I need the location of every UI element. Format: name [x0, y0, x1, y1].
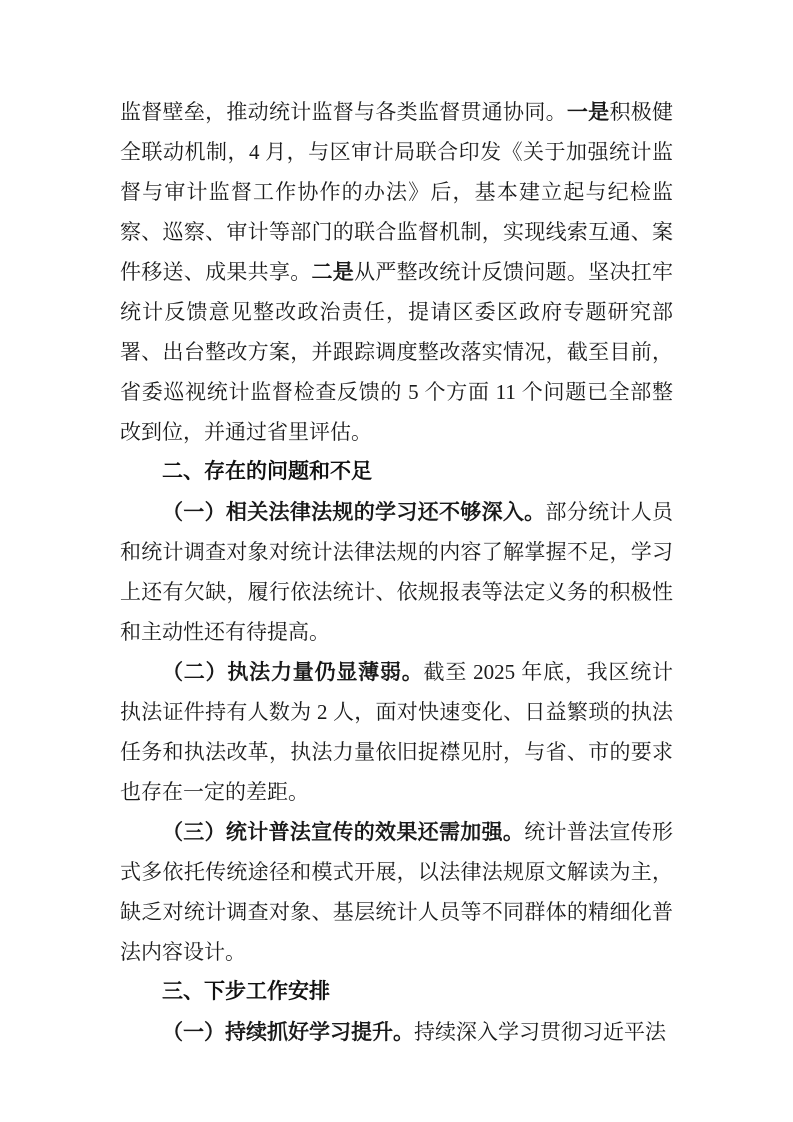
section-heading: 三、下步工作安排: [120, 972, 673, 1012]
emphasis-run: （三）统计普法宣传的效果还需加强。: [162, 820, 524, 844]
text-run: 从严整改统计反馈问题。坚决扛牢统计反馈意见整改政治责任，提请区委区政府专题研究部…: [120, 260, 673, 444]
paragraph: （三）统计普法宣传的效果还需加强。统计普法宣传形式多依托传统途径和模式开展，以法…: [120, 812, 673, 972]
paragraph: 监督壁垒，推动统计监督与各类监督贯通协同。一是积极健全联动机制，4 月，与区审计…: [120, 92, 673, 452]
text-run: 积极健全联动机制，4 月，与区审计局联合印发《关于加强统计监督与审计监督工作协作…: [120, 100, 673, 284]
emphasis-run: （二）执法力量仍显薄弱。: [162, 660, 424, 684]
document-body: 监督壁垒，推动统计监督与各类监督贯通协同。一是积极健全联动机制，4 月，与区审计…: [120, 92, 673, 1052]
paragraph: （二）执法力量仍显薄弱。截至 2025 年底，我区统计执法证件持有人数为 2 人…: [120, 652, 673, 812]
text-run: 监督壁垒，推动统计监督与各类监督贯通协同。: [120, 100, 567, 124]
emphasis-run: （一）相关法律法规的学习还不够深入。: [162, 500, 545, 524]
emphasis-run: 二是: [312, 260, 355, 284]
emphasis-run: （一）持续抓好学习提升。: [162, 1020, 414, 1044]
text-run: 持续深入学习贯彻习近平法: [414, 1020, 666, 1044]
paragraph: （一）持续抓好学习提升。持续深入学习贯彻习近平法: [120, 1012, 673, 1052]
emphasis-run: 一是: [567, 100, 610, 124]
paragraph: （一）相关法律法规的学习还不够深入。部分统计人员和统计调查对象对统计法律法规的内…: [120, 492, 673, 652]
section-heading: 二、存在的问题和不足: [120, 452, 673, 492]
document-page: 监督壁垒，推动统计监督与各类监督贯通协同。一是积极健全联动机制，4 月，与区审计…: [0, 0, 793, 1122]
